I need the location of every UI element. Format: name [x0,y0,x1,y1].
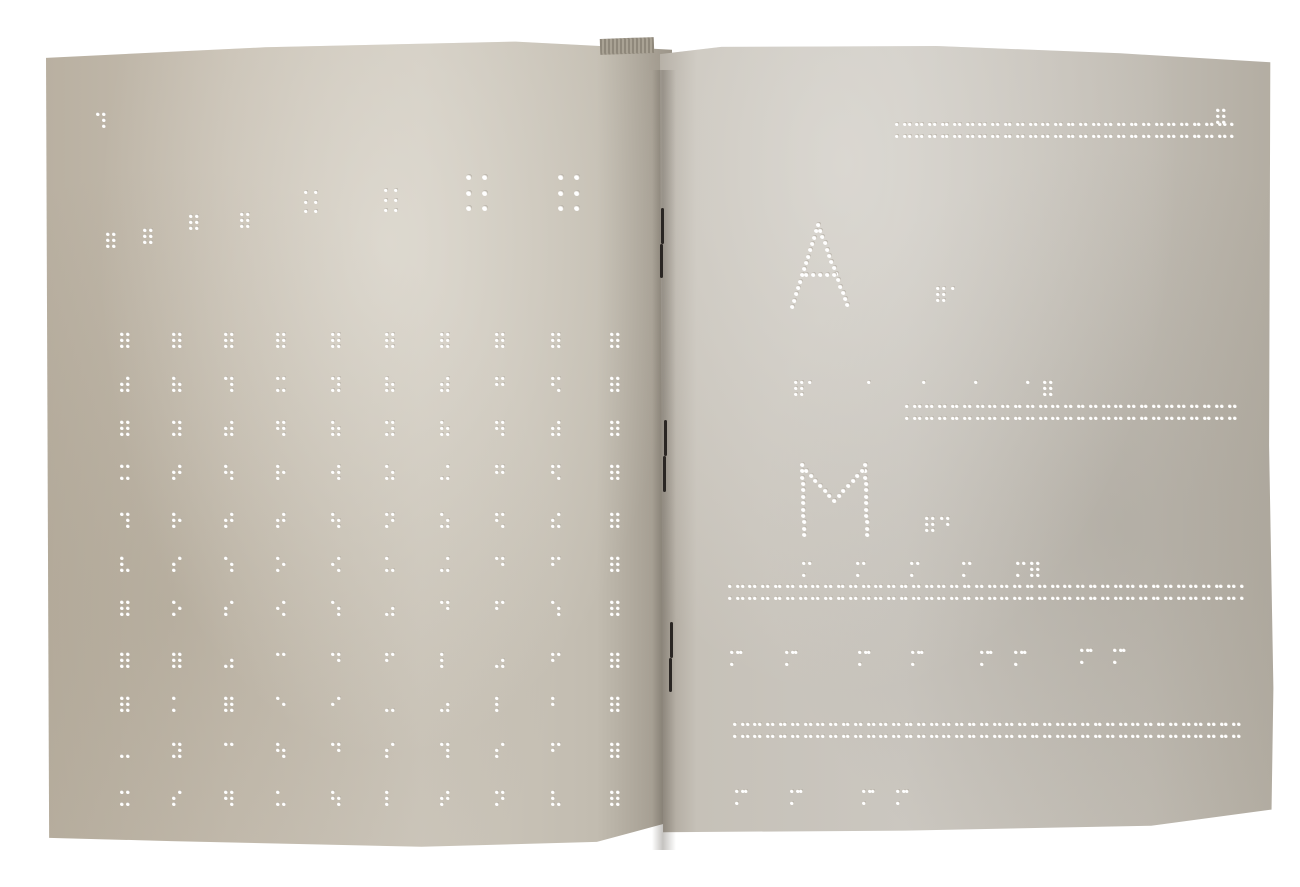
braille-dot [825,272,830,277]
braille-book-photo: A M [0,0,1300,887]
braille-dot [796,285,801,290]
braille-dot [802,532,807,537]
braille-dot [800,462,805,467]
braille-dot [841,488,846,493]
braille-dot [794,291,799,296]
braille-dot [818,228,823,233]
braille-dot [802,266,807,271]
braille-dot [812,235,817,240]
braille-dot [865,526,870,531]
braille-dot [801,513,806,518]
braille-dot [825,247,830,252]
embossed-print-letters: A M [0,0,1300,887]
braille-dot [800,475,805,480]
braille-dot [829,259,834,264]
braille-dot [827,493,832,498]
braille-dot [804,468,809,473]
braille-dot [841,290,846,295]
braille-dot [827,253,832,258]
braille-dot [851,478,856,483]
braille-dot [802,519,807,524]
braille-dot [837,493,842,498]
braille-dot [801,481,806,486]
braille-dot [836,277,841,282]
braille-dot [823,240,828,245]
braille-dot [801,494,806,499]
braille-dot [845,302,850,307]
braille-dot [818,272,823,277]
braille-dot [864,507,869,512]
braille-dot [863,462,868,467]
braille-dot [846,483,851,488]
braille-dot [809,473,814,478]
braille-dot [790,304,795,309]
braille-dot [804,260,809,265]
braille-dot [843,296,848,301]
braille-dot [801,487,806,492]
braille-dot [806,254,811,259]
braille-dot [813,478,818,483]
braille-dot [820,234,825,239]
braille-dot [792,298,797,303]
braille-dot [802,526,807,531]
braille-dot [823,488,828,493]
braille-dot [863,475,868,480]
braille-dot [860,468,865,473]
braille-dot [798,279,803,284]
braille-dot [811,272,816,277]
braille-dot [855,473,860,478]
braille-dot [864,494,869,499]
braille-dot [804,272,809,277]
braille-dot [832,272,837,277]
braille-dot [864,513,869,518]
braille-dot [808,247,813,252]
braille-dot [864,487,869,492]
braille-dot [832,498,837,503]
braille-dot [865,532,870,537]
braille-dot [832,265,837,270]
braille-dot [865,519,870,524]
braille-dot [864,481,869,486]
braille-dot [838,284,843,289]
braille-dot [801,507,806,512]
braille-dot [801,500,806,505]
braille-dot [810,241,815,246]
braille-dot [818,483,823,488]
braille-dot [816,222,821,227]
braille-dot [864,500,869,505]
